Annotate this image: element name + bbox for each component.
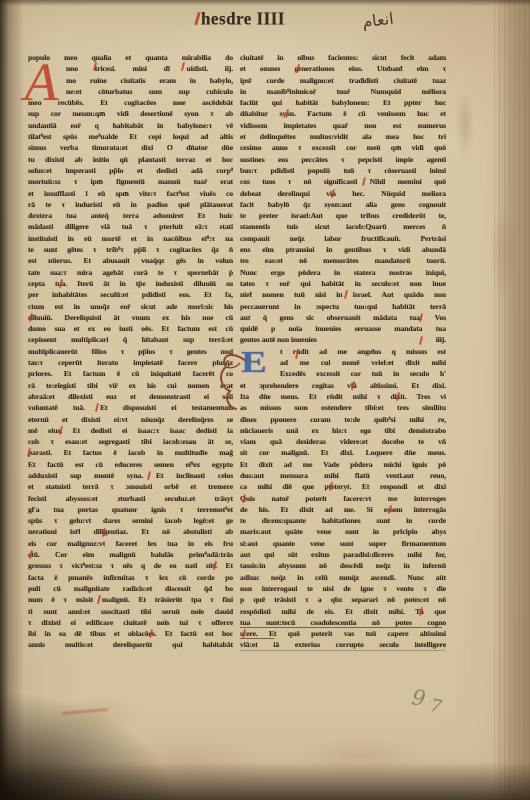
text-line: multiplicauerūt filios τ pp̄los τ gentes… — [28, 346, 233, 357]
text-line: non interrogaui te nisi de igne τ vento … — [240, 583, 446, 594]
text-line: Nunc ergo pōdera in statera nostras iniq… — [240, 267, 446, 278]
paper-stain — [295, 735, 425, 777]
chapter3-initial-block: A nno tricesi. mini dī uidisti. iij.mo r… — [28, 63, 233, 97]
text-line: et ɔprehendere cogitas viā altissimi. Et… — [240, 380, 446, 391]
paper-stain — [455, 88, 475, 160]
body-lines-a: ciuitatē in oībus facientes: sicut fecit… — [240, 52, 446, 334]
text-line: debeat derelinqui via hec. Nūquid melior… — [240, 188, 446, 199]
text-line: voluntatē tuā. Et disposuisti ei testame… — [28, 402, 233, 413]
text-line: tate sua:τ mira agebāt corā te τ sperneb… — [28, 267, 233, 278]
text-line: gl'a tua portas quatuor ignis τ terremot… — [28, 504, 233, 515]
pencil-digit: 7 — [428, 695, 444, 718]
text-line: ctum est in unoq̄z eor̄ sicut ade mori:s… — [28, 301, 233, 312]
text-line: tu dixisti ab initio qn̄ plantasti terra… — [28, 154, 233, 165]
text-line: p quē trāsisti τ a qbz separari nō potes… — [240, 594, 446, 605]
ink-underline — [240, 650, 445, 651]
text-line: est nūerus. Et abusauit vnaq̄qz gēs in v… — [28, 255, 233, 266]
text-line: nerationi isr̄l diligentiaz. Et nō abstu… — [28, 526, 233, 537]
ink-underline — [240, 638, 274, 639]
text-line: ca mihi diē que pteteryt. Et respondi et… — [240, 481, 446, 492]
text-line: peccauerunt in ɔspectu tuo:qui habitāt t… — [240, 301, 446, 312]
text-line: cesimo anno τ excessit cor meū qm̄ vidi … — [240, 142, 446, 153]
text-line: gressus τ vict⁹est:sz τ oēs q de eo nati… — [28, 560, 233, 571]
text-line: instituisti in eū mortē et in nacōibus e… — [28, 233, 233, 244]
text-line: respōdisti mihi de eis. Et dixit mihi. T… — [240, 606, 446, 617]
text-line: eis cor malignuz:vt faceret lex tua in e… — [28, 538, 233, 549]
page-shadow-corner — [0, 640, 300, 800]
text-line: per inhabitātes seculū:et pdidisti eos. … — [28, 289, 233, 300]
text-line: nno tricesi. mini dī uidisti. iij. — [66, 63, 233, 74]
text-line: as missus sum ostendere tibi:et tres sim… — [240, 402, 446, 413]
text-line: Excedēs excessit cor tuū in seculo h' — [280, 368, 446, 379]
text-line: facta ē pmanēs infirmitas τ lex cū corde… — [28, 572, 233, 583]
text-line: tas:τ ceperūt iterato impietatē facere p… — [28, 357, 233, 368]
text-line: undantiā eor̄ q habitabāt in babylone:τ … — [28, 120, 233, 131]
text-column-right: ciuitatē in oībus facientes: sicut fecit… — [240, 52, 446, 651]
text-line: dines pponere coram te:de quib⁹si mihi r… — [240, 414, 446, 425]
text-line: priores. Et factum ē cū iniquitatē facer… — [28, 368, 233, 379]
text-line: abraā:et dilexisti euz et demonstrasti e… — [28, 391, 233, 402]
page-edge-bottom — [0, 762, 530, 800]
text-line: mortuū:sz τ ipm̄ figmentū manuū tuar̄ er… — [28, 176, 233, 187]
pencil-number: 9 7 — [412, 686, 457, 728]
text-line: ibi in ea dē tibus et oblacōes. Et factū… — [28, 628, 233, 639]
text-line: dextera tua anteq̄ terra adueniret Et hu… — [28, 210, 233, 221]
text-line: simus verba timorata:et dixi O dn̄ator d… — [28, 142, 233, 153]
text-line: nūciaueris unā ex his:τ ego tibi demōstr… — [240, 425, 446, 436]
text-line: tassis:in abyssum nō descēdi neq̄z in in… — [240, 560, 446, 571]
text-line: Et dixit ad me Vade pōdera michi ignis p… — [240, 459, 446, 470]
text-line: tilat⁹est spūs me⁹ualde Et cepi loqui ad… — [28, 131, 233, 142]
chapter-number: iiij. — [436, 334, 446, 345]
text-line: cos tuos τ nō significasti Nihil memini … — [240, 176, 446, 187]
text-line: te sunt gētes τ trib⁹τ pp̄li τ cogitacōe… — [28, 244, 233, 255]
text-line: spūs τ gelu:vt dares semini iacob legē:e… — [28, 515, 233, 526]
text-line: num ē τ māsit malignū. Et trāsierūt tpa … — [28, 594, 233, 605]
text-line: annis multis:et dereliquerūt qui habitab… — [28, 639, 233, 650]
pencil-digit: 9 — [410, 685, 427, 711]
body-lines-b: et ɔprehendere cogitas viā altissimi. Et… — [240, 380, 446, 651]
text-line: compauit neq̄z labor fructificauit. Pert… — [240, 233, 446, 244]
text-line: de his. Et dixit ad me. Si essem interro… — [240, 504, 446, 515]
initial-letter-A: A — [19, 60, 67, 106]
text-line: sustines eos peccātes τ pepcisti impie a… — [240, 154, 446, 165]
paper-stain — [488, 205, 518, 300]
text-line: τ dixisti ei edificare ciuitatē noīs tui… — [28, 617, 233, 628]
text-line: rā te τ induristi eū in padiso quē plāta… — [28, 199, 233, 210]
text-line: Quis nator̄ poterit facere:vt me interro… — [240, 493, 446, 504]
chapter-end-line: gentes autē non inuenies iiij. — [240, 334, 446, 345]
text-line: bus:τ pdidisti populū tuū τ cōseruasti i… — [240, 165, 446, 176]
paper-stain — [55, 695, 140, 737]
text-line: et statuisti terrā τ ɔmouisti orbē et tr… — [28, 481, 233, 492]
text-line: domo sua et ex eo iusti oēs. Et factum e… — [28, 323, 233, 334]
text-line: faciūt qui habitāt babylonem: Et ppter h… — [240, 97, 446, 108]
ink-underline — [240, 627, 442, 628]
text-line: aut qui sūt exitus paradisi:diceres mihi… — [240, 549, 446, 560]
body-lines: meo recūbēs. Et cogitacōes mee ascēdebāt… — [28, 97, 233, 651]
text-column-left: populo meo qualia et quanta mirabilia do… — [28, 52, 233, 651]
text-line: dus:aut mensura mihi flatū venti.aut reu… — [240, 470, 446, 481]
chapter4-initial-block: E t rn̄dit ad me angelus q missus estad … — [240, 346, 446, 380]
text-line: maris:aut quāte vene sunt in prīcipio ab… — [240, 526, 446, 537]
text-line: quidē p noīa inuenies seruasse mandata t… — [240, 323, 446, 334]
text-line: ens eīm ptransiui in gentibus τ vidi abu… — [240, 244, 446, 255]
text-line: sup cor meum:qm̄ vidi desertionē syon τ … — [28, 108, 233, 119]
text-line: in manib⁹inimicor̄ tuor̄ Numquid mēliora — [240, 86, 446, 97]
text-line: eternū et dixisti ei:vt nōunq̄z derelinq… — [28, 414, 233, 425]
penwork-flourish — [216, 347, 248, 413]
text-line: te preter israel:Aut que tribus credider… — [240, 210, 446, 221]
text-line: tes eas:et nō memorātes mandatorū tuorū. — [240, 255, 446, 266]
text-line: mādasti diligere viā tuā τ pteriuit eā:τ… — [28, 221, 233, 232]
text-line: niet̄ nomen tuū nisi in israel. Aut quād… — [240, 289, 446, 300]
text-line: vidissem impietates quar̄ non est numeru… — [240, 120, 446, 131]
page-edge-top — [0, 0, 530, 6]
text-line: adhuc neq̄z in celū nunq̄z ascendi. Nunc… — [240, 572, 446, 583]
text-line: et omnes generationes eius. Utebant̄ eīm… — [240, 63, 446, 74]
text-line: fecisti abyssos:et ɔturbasti seculuz.et … — [28, 493, 233, 504]
text-line: et insufflasti ī eū spm̄ vite:τ fact⁹est… — [28, 188, 233, 199]
page-edge-left — [0, 0, 24, 800]
text-line: si:aut quante vene sunt super firmamentu… — [240, 538, 446, 549]
text-line: Ita dn̄e meus. Et rn̄dit mihi τ dixit. T… — [240, 391, 446, 402]
text-line: ad me cui nomē vriel:et dixit mihi — [280, 357, 446, 368]
text-line: aut q̄ gens sic obseruauit mādata tua: V… — [240, 312, 446, 323]
text-line: Et factū est cū educeres semen ei⁹ex egy… — [28, 459, 233, 470]
page-edge-right — [494, 0, 530, 800]
text-line: dn̄abitur syon. Factum ē cū venissem huc… — [240, 108, 446, 119]
text-line: cepissent multiplicari q̄ hītabant sup t… — [28, 334, 233, 345]
text-line: ctū. Cor eīm malignū baiulās prim⁹adā:tr… — [28, 549, 233, 560]
text-line: ciuitatē in oībus facientes: sicut fecit… — [240, 52, 446, 63]
text-line: puli cū malignitate radicis:et discessit… — [28, 583, 233, 594]
text-line: diluuiū. Dereliquisti āt vnum ex his noe… — [28, 312, 233, 323]
page-title: hesdre IIII — [183, 8, 303, 29]
text-line: et delinquētes multos:vidit aīa mea hoc … — [240, 131, 446, 142]
text-line: parasti. Et factus ē iacob in multitudīe… — [28, 447, 233, 458]
text-line: ipsī corde maligno:et tradidisti ciuitat… — [240, 75, 446, 86]
text-line: sit cor malignū. Et dixi. Loquere dn̄e m… — [240, 447, 446, 458]
text-line: ti sunt anni:et suscitasti tibi seruū no… — [28, 606, 233, 617]
text-line: mo ruine ciuitatis eram in babylo, — [66, 75, 233, 86]
text-line: cob τ esau:et segregasti tibi iacob:esau… — [28, 436, 233, 447]
text-line: ne:et cōturbatus sum sup cubiculo — [66, 86, 233, 97]
text-line: adduxisti sup montē syna. Et inclinasti … — [28, 470, 233, 481]
text-line: viam quā desideras videre:et docebo te v… — [240, 436, 446, 447]
text-line: stamentis tuis sicut iacob:Quarū merces … — [240, 221, 446, 232]
manuscript-page: hesdre IIII انعام populo meo qualia et q… — [0, 0, 530, 800]
text-line: solus:et imperasti pp̄lo et dedisti adā … — [28, 165, 233, 176]
text-line: facit babylō q̄z syon:aut alia gens cogn… — [240, 199, 446, 210]
red-ink-smear — [62, 708, 108, 715]
handwritten-arabic-note: انعام — [361, 4, 437, 32]
text-line: rā te:elegisti tibi vir̄ ex his cui nome… — [28, 380, 233, 391]
text-line: tates τ eor̄ qui habitāt in seculo:et no… — [240, 278, 446, 289]
text-line: te dicens:quante habitationes sunt in co… — [240, 515, 446, 526]
text-line: t rn̄dit ad me angelus q missus est — [280, 346, 446, 357]
